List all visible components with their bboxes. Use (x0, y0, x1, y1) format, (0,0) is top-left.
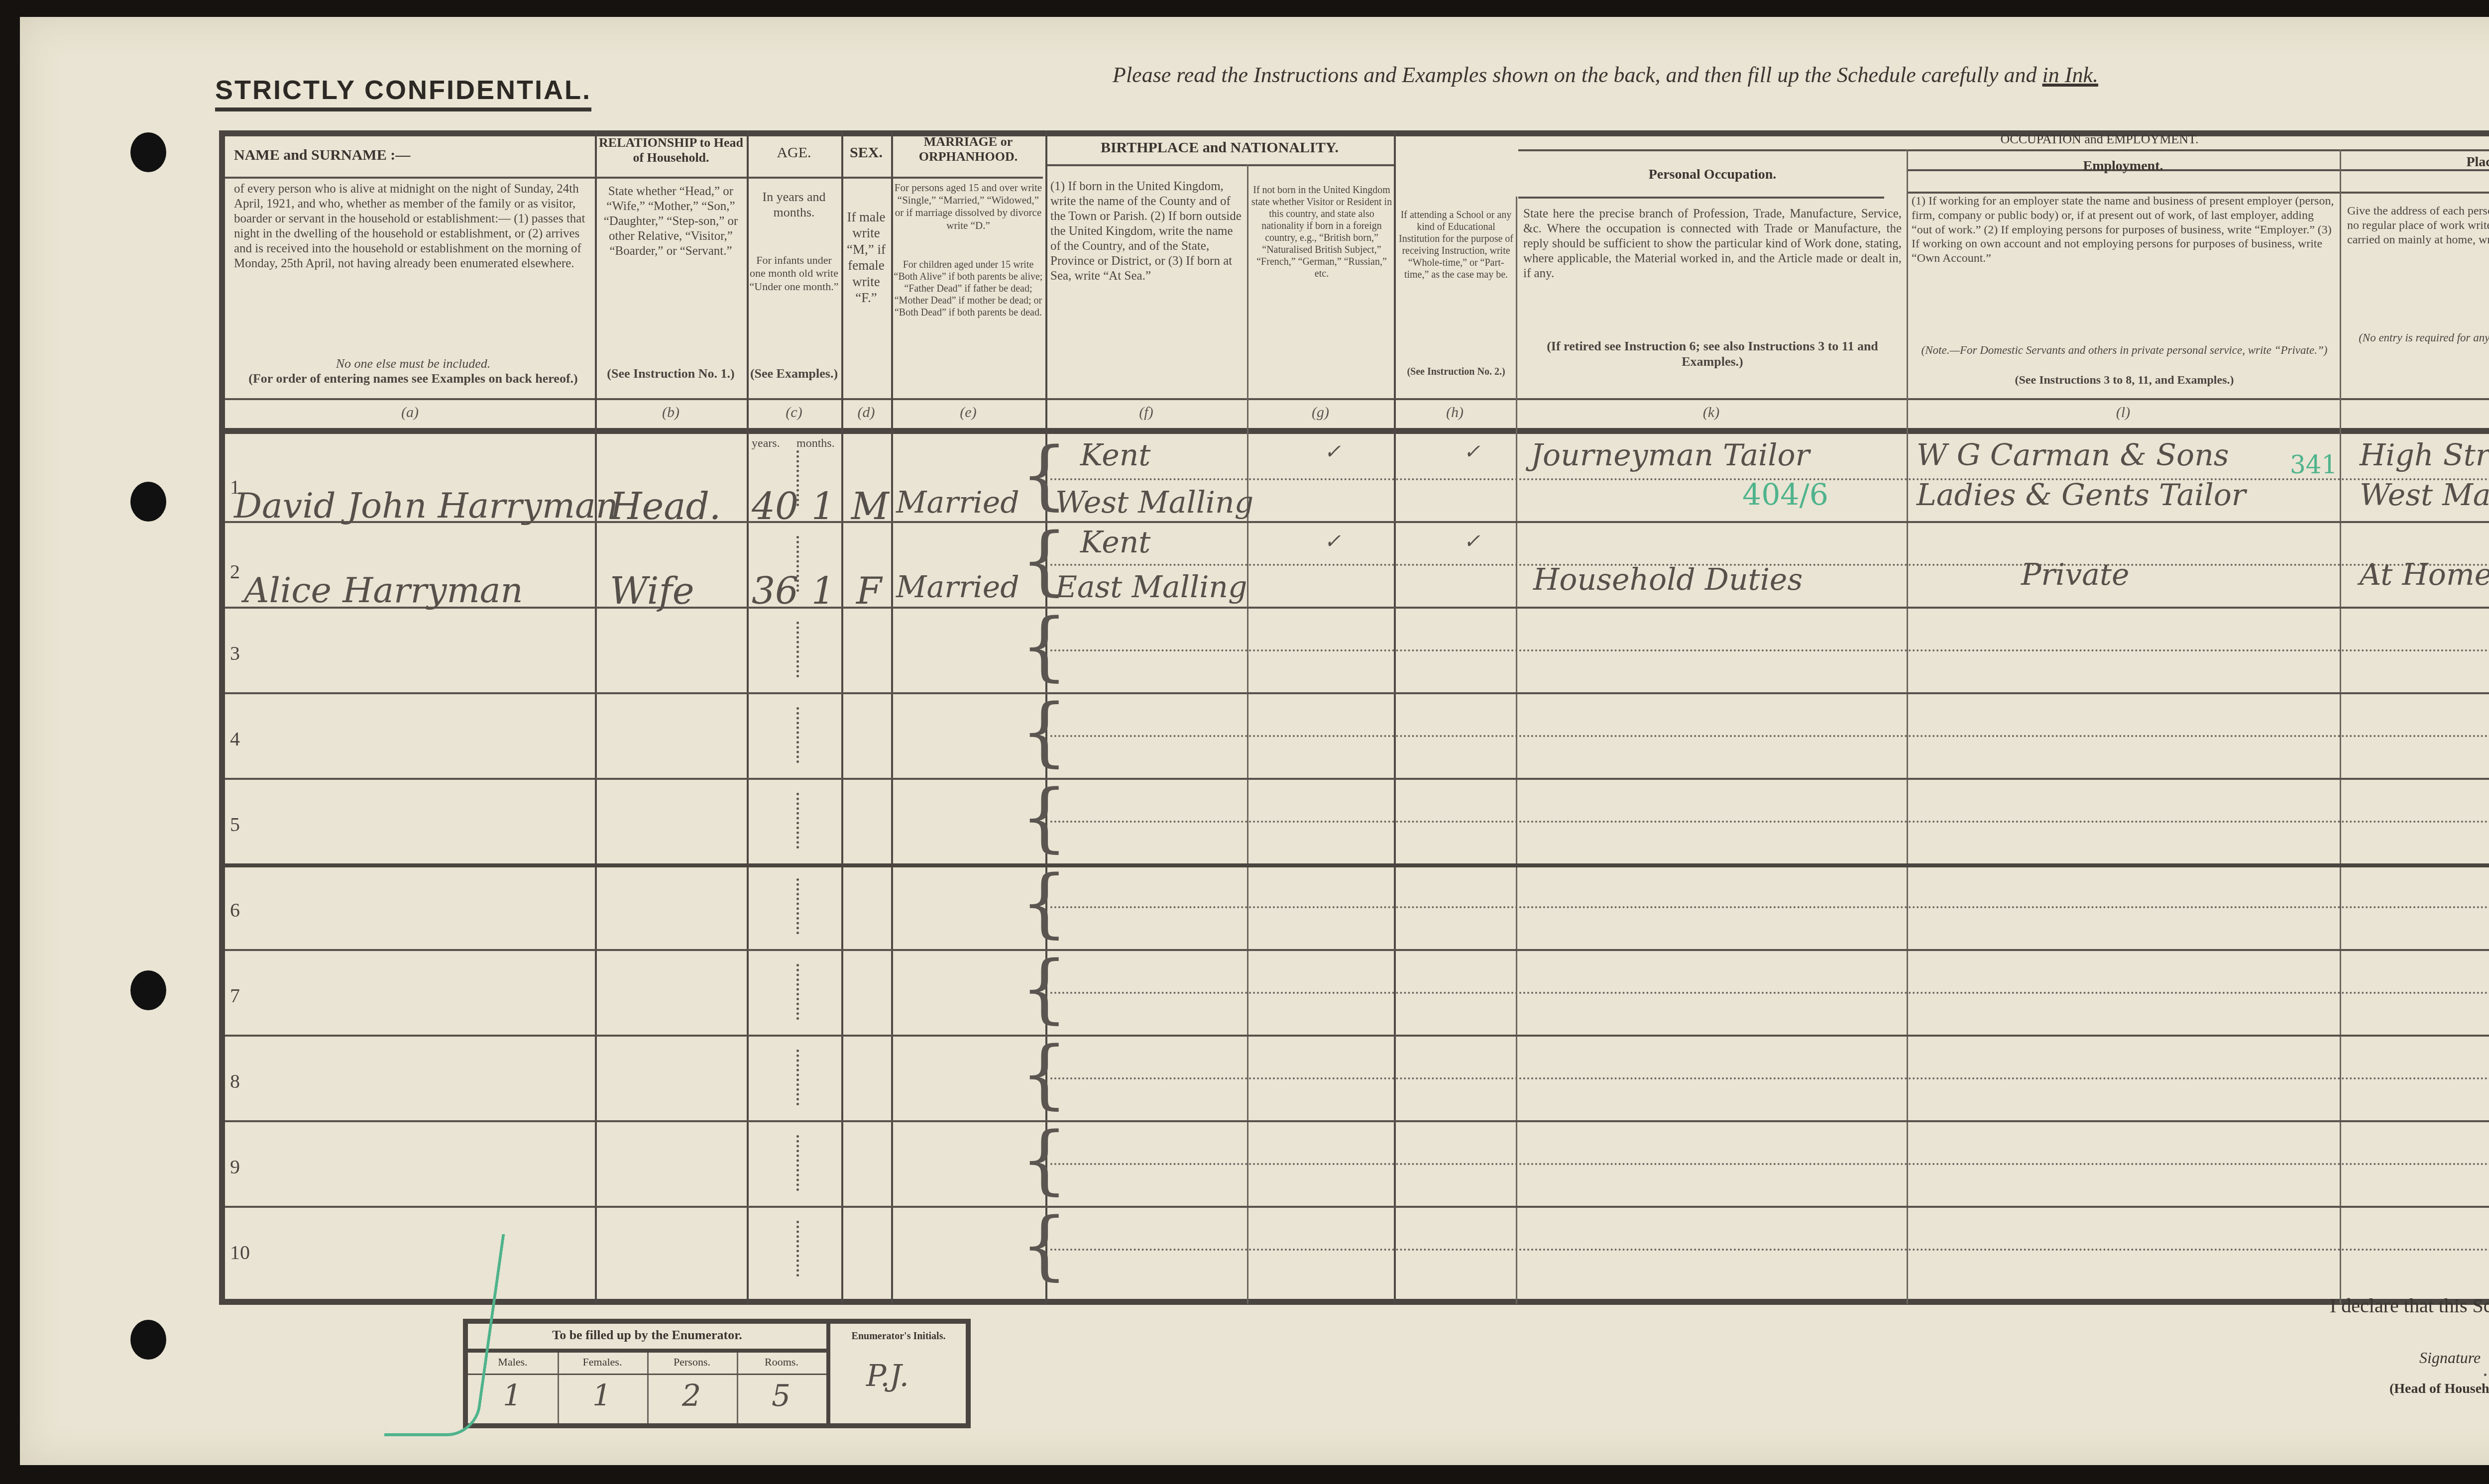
col-divider (2340, 149, 2341, 1304)
row1-nationality-tick[interactable]: ✓ (1324, 440, 1341, 463)
row-midline (1050, 821, 2489, 823)
divider (468, 1349, 826, 1353)
enumerator-initials-label: Enumerator's Initials. (831, 1331, 966, 1342)
col-letter-b: (b) (595, 404, 747, 421)
col-f-instructions: (1) If born in the United Kingdom, write… (1050, 179, 1244, 284)
col-e-note: For children aged under 15 write “Both A… (894, 259, 1043, 318)
instruction-line: Please read the Instructions and Example… (1113, 62, 2098, 88)
row-divider (225, 863, 2489, 867)
row-divider (225, 692, 2489, 694)
occupation-employment-title: OCCUPATION and EMPLOYMENT. (1518, 132, 2489, 147)
punch-hole (130, 1320, 166, 1360)
punch-hole (130, 132, 166, 172)
col-d-instructions: If male write “M,” if female write “F.” (844, 209, 889, 306)
col-letter-f: (f) (1045, 404, 1247, 421)
col-l-note: (Note.—For Domestic Servants and others … (1912, 343, 2337, 357)
divider (1907, 192, 2489, 194)
signature-line (2484, 1374, 2489, 1376)
col-letter-e: (e) (891, 404, 1045, 421)
divider (225, 177, 603, 179)
persons-label: Persons. (647, 1356, 737, 1369)
col-c-title: AGE. (747, 144, 841, 162)
enumerator-tally-box: To be filled up by the Enumerator. Males… (463, 1319, 971, 1428)
col-m-note: (No entry is required for any person who… (2347, 331, 2489, 345)
row1-education-tick[interactable]: ✓ (1464, 440, 1480, 463)
page-title: STRICTLY CONFIDENTIAL. (215, 75, 591, 111)
rooms-label: Rooms. (737, 1356, 826, 1369)
col-h-footer: (See Instruction No. 2.) (1396, 366, 1516, 378)
age-months-subhead: months. (796, 437, 835, 450)
row2-sex[interactable]: F (856, 570, 882, 613)
col-h-instructions: If attending a School or any kind of Edu… (1396, 209, 1516, 281)
row-number: 4 (230, 727, 240, 750)
punch-hole (130, 970, 166, 1010)
row1-occupation-code: 404/6 (1742, 478, 1828, 513)
row-number: 10 (230, 1241, 250, 1264)
punch-hole (130, 482, 166, 522)
row1-occupation[interactable]: Journeyman Tailor (1531, 438, 1810, 473)
age-dotted-divider (796, 1221, 799, 1276)
row2-age-months[interactable]: 1 (811, 570, 835, 613)
row1-workplace-town[interactable]: West Malling (2360, 478, 2489, 513)
col-divider (891, 130, 893, 1305)
row1-employer[interactable]: W G Carman & Sons (1917, 438, 2229, 473)
row-divider (225, 1035, 2489, 1037)
col-b-footer: (See Instruction No. 1.) (597, 366, 744, 381)
row-number: 5 (230, 813, 240, 836)
divider (826, 1324, 830, 1423)
signature-label: Signature (2419, 1349, 2481, 1367)
rooms-value[interactable]: 5 (772, 1378, 791, 1413)
divider (595, 177, 1043, 179)
col-c-instructions: In years and months. (749, 189, 839, 220)
row1-name[interactable]: David John Harryman (234, 485, 618, 526)
col-divider (595, 130, 597, 1305)
row-divider (225, 607, 2489, 609)
row2-nationality-tick[interactable]: ✓ (1324, 530, 1341, 553)
row2-employment[interactable]: Private (2021, 557, 2130, 592)
row2-age-years[interactable]: 36 (752, 570, 798, 613)
row2-relationship[interactable]: Wife (610, 570, 694, 613)
row1-birth-county[interactable]: Kent (1080, 438, 1150, 473)
row2-birth-county[interactable]: Kent (1080, 525, 1150, 560)
col-k-footer: (If retired see Instruction 6; see also … (1523, 338, 1902, 369)
col-letter-d: (d) (841, 404, 891, 421)
row2-education-tick[interactable]: ✓ (1464, 530, 1480, 553)
instruction-text: Please read the Instructions and Example… (1113, 63, 2037, 87)
col-m-title: Place of Work. (2340, 154, 2489, 170)
row-number: 9 (230, 1155, 240, 1178)
col-divider (1907, 149, 1908, 1304)
col-letter-m: (m) (2340, 404, 2489, 421)
row-midline (1050, 735, 2489, 737)
row2-marriage[interactable]: Married (896, 570, 1019, 605)
brace-icon: { (1020, 866, 1068, 941)
col-b-instructions: State whether “Head,” or “Wife,” “Mother… (597, 184, 744, 259)
col-a-note: No one else must be included. (234, 356, 592, 371)
row-number: 3 (230, 641, 240, 665)
males-value[interactable]: 1 (503, 1378, 522, 1413)
age-dotted-divider (796, 707, 799, 763)
enumerator-box-header: To be filled up by the Enumerator. (468, 1328, 826, 1343)
row2-workplace[interactable]: At Home (2360, 557, 2489, 592)
col-l-title: Employment. (1907, 158, 2340, 174)
row2-name[interactable]: Alice Harryman (244, 570, 523, 611)
row-number: 6 (230, 898, 240, 922)
age-dotted-divider (796, 878, 799, 934)
col-a-title: NAME and SURNAME :— (234, 147, 582, 164)
age-dotted-divider (796, 1050, 799, 1105)
row-number: 7 (230, 984, 240, 1007)
col-g-instructions: If not born in the United Kingdom state … (1249, 184, 1394, 280)
divider (225, 398, 2489, 400)
brace-icon: { (1020, 695, 1068, 769)
row-number: 2 (230, 560, 240, 583)
divider (1045, 164, 1394, 166)
header-bottom-rule (225, 428, 2489, 434)
row2-birth-town[interactable]: East Malling (1055, 570, 1247, 605)
row-midline (1050, 649, 2489, 651)
col-l-footer: (See Instructions 3 to 8, 11, and Exampl… (1912, 373, 2337, 388)
col-divider (1516, 197, 1517, 1304)
col-a-footer: (For order of entering names see Example… (234, 371, 592, 386)
col-letter-h: (h) (1394, 404, 1516, 421)
brace-icon: { (1020, 1123, 1068, 1197)
divider (1518, 149, 2489, 151)
row1-relationship[interactable]: Head. (610, 485, 721, 528)
col-k-instructions: State here the precise branch of Profess… (1523, 207, 1902, 281)
row-midline (1050, 1077, 2489, 1079)
females-label: Females. (558, 1356, 647, 1369)
col-letter-k: (k) (1516, 404, 1907, 421)
birthplace-nationality-title: BIRTHPLACE and NATIONALITY. (1045, 139, 1394, 157)
signature-note: (Head of Household, Manager of Establish… (2389, 1381, 2489, 1397)
divider (468, 1374, 826, 1375)
row1-age-years[interactable]: 40 (752, 485, 798, 528)
col-e-title: MARRIAGE or ORPHANHOOD. (891, 134, 1045, 164)
row1-sex[interactable]: M (851, 485, 889, 528)
row-midline (1050, 1163, 2489, 1165)
age-dotted-divider (796, 622, 799, 677)
col-divider (747, 130, 749, 1305)
row1-workplace-street[interactable]: High Street (2360, 438, 2489, 473)
col-letter-a: (a) (225, 404, 595, 421)
col-divider (1247, 164, 1248, 1304)
col-a-instructions: of every person who is alive at midnight… (234, 182, 592, 271)
row-midline (1050, 906, 2489, 908)
age-dotted-divider (796, 1135, 799, 1191)
col-d-title: SEX. (841, 144, 891, 162)
age-dotted-divider (796, 964, 799, 1020)
col-e-instructions: For persons aged 15 and over write “Sing… (894, 182, 1043, 232)
row-midline (1050, 1249, 2489, 1251)
row1-employment-code: 341 (2290, 450, 2337, 479)
in-ink-emphasis: in Ink. (2042, 63, 2098, 87)
age-dotted-divider (796, 793, 799, 848)
col-divider (841, 130, 843, 1305)
col-m-instructions: Give the address of each person's place … (2347, 204, 2489, 247)
row2-occupation[interactable]: Household Duties (1533, 562, 1803, 597)
brace-icon: { (1020, 780, 1068, 855)
row1-marriage[interactable]: Married (896, 485, 1019, 520)
col-k-title: Personal Occupation. (1518, 167, 1907, 183)
brace-icon: { (1020, 1208, 1068, 1283)
col-letter-g: (g) (1247, 404, 1394, 421)
col-c-note: For infants under one month old write “U… (749, 254, 839, 293)
row-number: 8 (230, 1069, 240, 1093)
row1-age-months[interactable]: 1 (811, 485, 835, 528)
persons-value[interactable]: 2 (682, 1378, 701, 1413)
declaration-text: I declare that this Schedule is correctl… (2330, 1294, 2489, 1317)
row-divider (225, 1206, 2489, 1208)
col-c-footer: (See Examples.) (749, 366, 839, 381)
females-value[interactable]: 1 (592, 1378, 611, 1413)
brace-icon: { (1020, 609, 1068, 684)
col-divider (1394, 130, 1396, 1305)
col-letter-c: (c) (747, 404, 841, 421)
row1-employer-business[interactable]: Ladies & Gents Tailor (1917, 478, 2246, 513)
brace-icon: { (1020, 1037, 1068, 1112)
age-years-subhead: years. (752, 437, 780, 450)
main-table-frame (219, 130, 2489, 1305)
row-divider (225, 778, 2489, 780)
row1-birth-town[interactable]: West Malling (1055, 485, 1253, 520)
col-letter-l: (l) (1907, 404, 2340, 421)
col-b-title: RELATIONSHIP to Head of Household. (596, 135, 746, 165)
brace-icon: { (1020, 952, 1068, 1026)
enumerator-initials-value[interactable]: P.J. (866, 1359, 909, 1393)
divider (1518, 197, 1884, 199)
row-divider (225, 949, 2489, 951)
row-midline (1050, 992, 2489, 994)
row-divider (225, 1120, 2489, 1122)
col-l-instructions: (1) If working for an employer state the… (1912, 194, 2337, 266)
